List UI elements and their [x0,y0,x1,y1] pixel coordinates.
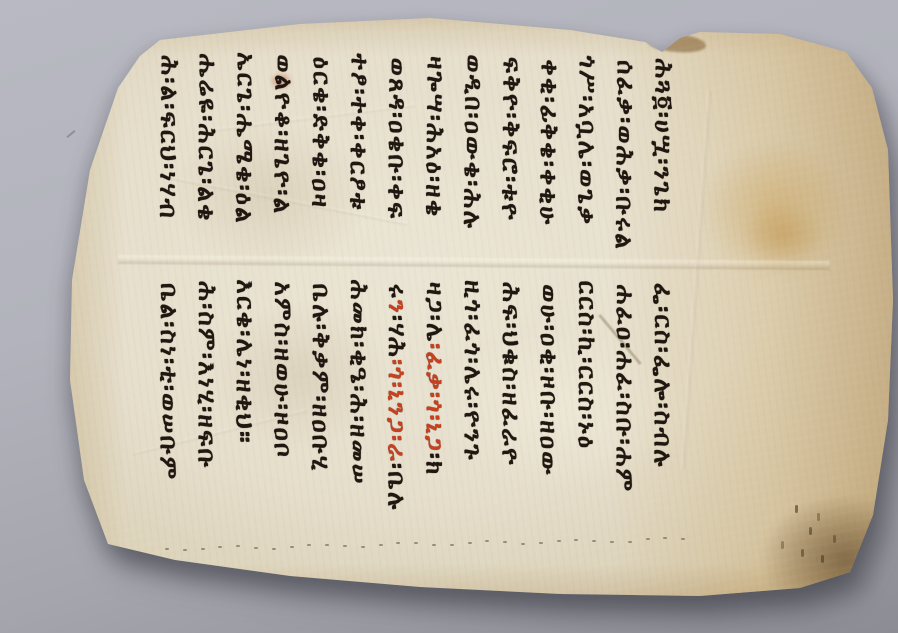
prick-mark [521,543,525,545]
text-line: ሔሬዬ፡ሕርጌ፡ልቄ [187,54,227,250]
text-line: ርርስ፡ኪ፡ርርስ፡ኑዕ [568,281,607,503]
text-line: ሕመክ፡ቂዔ፡ሕ፡ዘመሠ [340,280,379,502]
text-segment: ርርስ፡ኪ፡ርርስ፡ኑዕ [573,281,602,451]
prick-mark [468,542,472,544]
prick-mark [503,541,507,543]
text-line: ቤሉ፡ቅቃም፡ዘዐቡሂ [302,284,341,506]
wrinkle [681,90,711,469]
prick-mark [432,544,436,546]
text-segment: ፡ክ [421,453,449,477]
prick-mark [201,548,205,550]
text-line: ቤል፡ስነ፡ቲ፡ወሠቡም [150,283,189,505]
prick-mark [485,540,489,542]
text-line: ሕ፡ል፡ፍርህ፡ነሃብ [149,55,189,251]
prick-mark [236,545,240,547]
prick-mark [165,548,169,550]
text-line: ወሁ፡ዐቂ፡ዞቡ፡ዘዐው [530,284,569,506]
text-line: ዕርቄ፡ድቅቄ፡ዐዛ [301,57,341,253]
text-segment: ፌ፡ርስ፡ፌሎ፡ስብሉ [649,283,678,469]
text-line: ጎሥ፡አቧሌ፡ወጌቃ [567,56,607,252]
leaf-shadow: ሕጓ፬፡ሀሧ፡ንጌክሰፈቃ፡ወሕቃ፡ቡሩልጎሥ፡አቧሌ፡ወጌቃቀቂ፡ፊቅቄ፡ቀቂ… [0,0,898,633]
edge-tear [647,32,706,54]
liquid-stain [742,205,822,267]
prick-mark [574,539,578,541]
prick-mark [414,542,418,544]
text-line: ሐፈዐ፡ሐፈ፡ስቡ፡ሐም [606,285,645,507]
text-line: ዚጎ፡ፈጎ፡ሌሩ፡ዮንጉ [454,280,493,502]
text-line: እርቄ፡ሌነ፡ዘቂህ። [226,279,265,501]
prick-mark [361,546,365,548]
text-line: ፍቅዮ፡ቅፍሮ፡ቱዮ [491,57,531,253]
prick-mark [663,537,667,539]
text-line: ሕ፡ስም፡እነሂ፡ዘፍቡ [188,281,227,503]
photograph: ሕጓ፬፡ሀሧ፡ንጌክሰፈቃ፡ወሕቃ፡ቡሩልጎሥ፡አቧሌ፡ወጌቃቀቂ፡ፊቅቄ፡ቀቂ… [0,0,898,633]
prick-mark [254,547,258,549]
prick-mark [325,544,329,546]
shelfmark-inscription: EΛ.1 [69,505,99,558]
text-column-a: ሕጓ፬፡ሀሧ፡ንጌክሰፈቃ፡ወሕቃ፡ቡሩልጎሥ፡አቧሌ፡ወጌቃቀቂ፡ፊቅቄ፡ቀቂ… [149,53,683,255]
prick-mark [343,545,347,547]
prick-mark [557,540,561,542]
text-line: ሕጓ፬፡ሀሧ፡ንጌክ [643,58,683,254]
text-segment: ሕመክ፡ቂዔ፡ሕ፡ዘመሠ [345,280,374,486]
text-line: ኤርጌ፡ሔሜቄ፡ዕል [225,52,265,248]
text-line: ተፆ፡ተቀ፡ቀርፆቱ [339,53,379,249]
text-column-b: ፌ፡ርስ፡ፌሎ፡ስብሉሐፈዐ፡ሐፈ፡ስቡ፡ሐምርርስ፡ኪ፡ርርስ፡ኑዕወሁ፡ዐቂ… [150,281,683,505]
liquid-stain [700,140,850,280]
text-segment: ወሁ፡ዐቂ፡ዞቡ፡ዘዐው [535,284,564,477]
text-segment: ሩ [383,284,411,300]
text-segment: ሕፍ፡ህቁስ፡ዘፈራዮ [497,282,526,467]
rubric-red-text: ን [383,300,411,315]
text-segment: አምስ፡ዘወሁ፡ዞዐቦ [269,281,298,459]
text-line: ወልዮቆ፡ዘጌዮ፡ል [263,54,303,250]
prick-mark [681,538,685,540]
prick-mark [290,546,294,548]
text-line: ሩን፡ሃሕ፡ጎ፡ኒንጋ፡ራ፡ቤሉ [378,284,417,506]
rubric-red-text: ፡ፈቃ፡ጎ፡ኒጋ [421,343,449,453]
text-line: ዛጋ፡ሌ፡ፈቃ፡ጎ፡ኒጋ፡ክ [416,282,455,504]
text-line: ወጸዳ፡ዐቄቡ፡ቀፍ [377,58,417,254]
rubric-red-text: ፡ጎ፡ኒንጋ፡ራ [383,359,411,463]
prick-mark [218,546,222,548]
text-line: አምስ፡ዘወሁ፡ዞዐቦ [264,281,303,503]
text-line: ዛጐሣ፡ሕአዕ፡ዘቄ [415,56,455,252]
prick-mark [592,540,596,542]
text-line: ቀቂ፡ፊቅቄ፡ቀቂሁ [529,59,569,255]
prick-mark [450,544,454,546]
text-segment: ፡ሃሕ [383,315,411,359]
soiled-corner [760,495,898,625]
prick-mark [628,541,632,543]
text-segment: ዛጋ፡ሌ [421,282,449,343]
text-line: ሰፈቃ፡ወሕቃ፡ቡሩል [605,60,645,256]
text-segment: እርቄ፡ሌነ፡ዘቂህ። [231,279,260,445]
prick-mark [379,544,383,546]
text-line: ወዲበ፡ዐውቄ፡ሕሉ [453,54,493,250]
text-line: ፌ፡ርስ፡ፌሎ፡ስብሉ [644,283,683,505]
prick-mark [307,544,311,546]
text-segment: ቤሉ፡ቅቃም፡ዘዐቡሂ [307,284,336,473]
prick-mark [396,542,400,544]
parchment-leaf: ሕጓ፬፡ሀሧ፡ንጌክሰፈቃ፡ወሕቃ፡ቡሩልጎሥ፡አቧሌ፡ወጌቃቀቂ፡ፊቅቄ፡ቀቂ… [0,0,898,633]
text-segment: ሐፈዐ፡ሐፈ፡ስቡ፡ሐም [611,285,640,494]
text-line: ሕፍ፡ህቁስ፡ዘፈራዮ [492,282,531,504]
prick-mark [610,541,614,543]
text-segment: ዚጎ፡ፈጎ፡ሌሩ፡ዮንጉ [459,280,488,462]
prick-mark [183,549,187,551]
text-segment: ሕ፡ስም፡እነሂ፡ዘፍቡ [193,281,222,469]
prick-mark [646,538,650,540]
prick-mark [272,548,276,550]
fold-crease [118,255,830,270]
soil-speckles [795,505,798,513]
text-segment: ቤል፡ስነ፡ቲ፡ወሠቡም [155,283,184,482]
prick-mark [539,542,543,544]
text-segment: ፡ቤሉ [383,463,411,512]
